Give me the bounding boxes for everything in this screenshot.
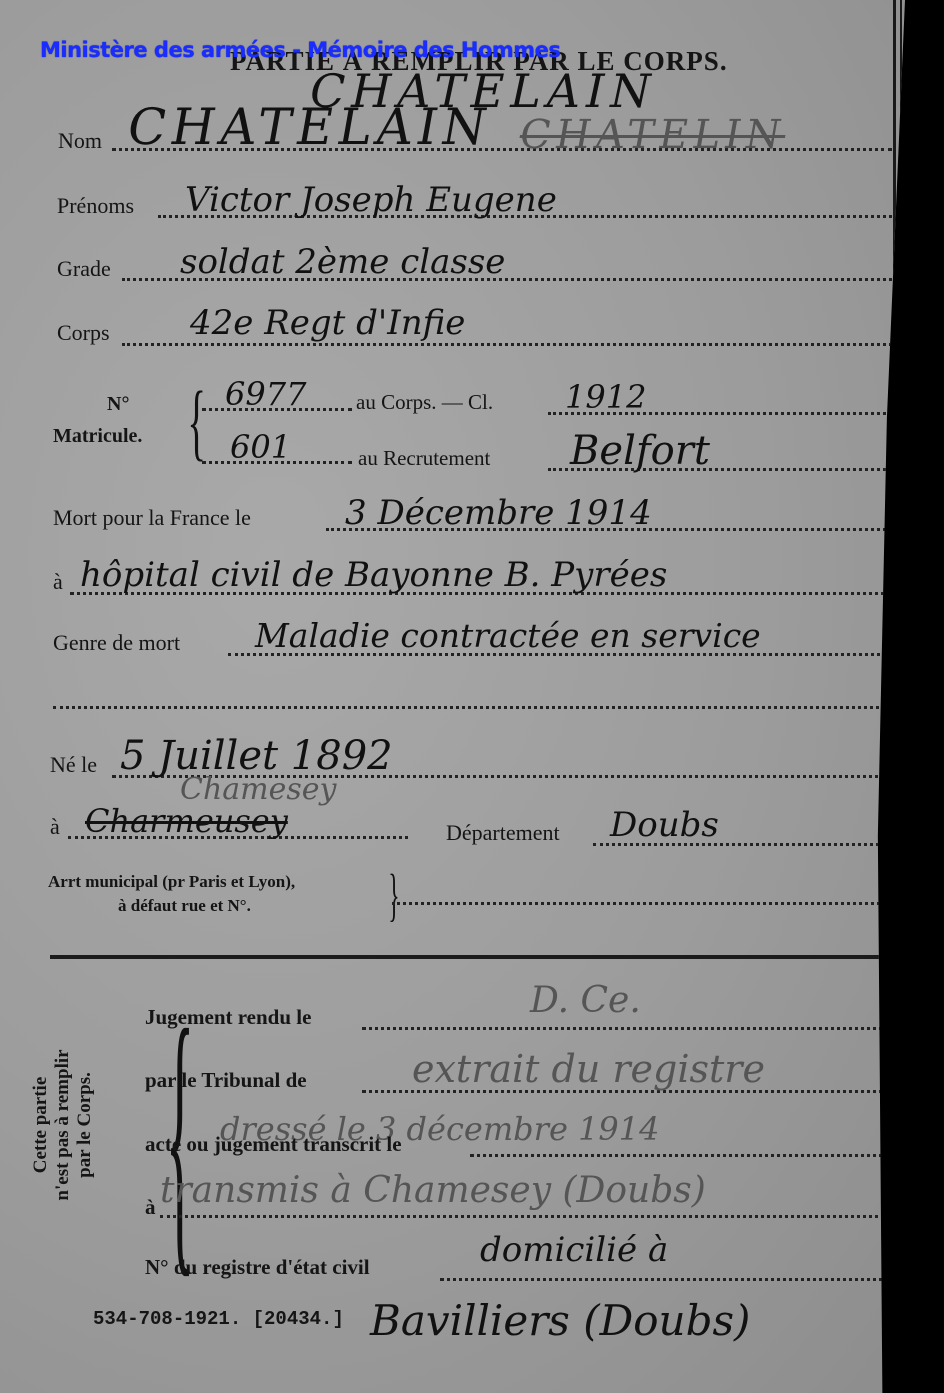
mort-label: Mort pour la France le: [53, 505, 251, 531]
nom-struck: CHATELIN: [516, 112, 790, 158]
side-note-line-1: Cette partie: [30, 1015, 52, 1235]
prenoms-value: Victor Joseph Eugene: [185, 180, 557, 220]
lieu-mort-value: hôpital civil de Bayonne B. Pyrées: [80, 555, 667, 595]
side-note: Cette partie n'est pas à remplir par le …: [30, 1015, 96, 1235]
registre-value: domicilié à: [480, 1230, 668, 1270]
recrutement-place: Belfort: [570, 428, 710, 474]
jugement-rendu-value: D. Ce.: [530, 980, 641, 1021]
grade-label: Grade: [57, 256, 111, 282]
mort-value: 3 Décembre 1914: [345, 493, 652, 533]
genre-mort-label: Genre de mort: [53, 630, 180, 656]
matricule-no-label: N°: [107, 393, 129, 416]
lieu-naissance-value: Charmeusey: [85, 802, 288, 840]
lieu-naissance-correction: Chamesey: [180, 772, 336, 807]
a-line: [160, 1215, 890, 1218]
matricule-recrutement-label: au Recrutement: [358, 446, 490, 471]
arr-municipal-label: Arrt municipal (pr Paris et Lyon),: [48, 872, 295, 892]
matricule-brace: {: [187, 378, 206, 464]
arr-brace: }: [388, 866, 399, 924]
corps-line: [122, 343, 892, 346]
a-value: transmis à Chamesey (Doubs): [160, 1170, 706, 1211]
registre-line: [440, 1278, 890, 1281]
jugement-rendu-line: [362, 1027, 890, 1030]
corps-label: Corps: [57, 320, 110, 346]
section-divider: [50, 955, 892, 959]
nom-value: CHATELAIN: [123, 98, 496, 156]
footer-hand-note: Bavilliers (Doubs): [370, 1296, 750, 1345]
ne-le-label: Né le: [50, 752, 97, 778]
departement-value: Doubs: [610, 805, 719, 845]
lieu-mort-label: à: [53, 569, 63, 595]
nom-label: Nom: [58, 128, 102, 154]
transcrit-line: [470, 1154, 890, 1157]
arr-municipal-line: [392, 902, 892, 905]
arr-municipal-label-2: à défaut rue et N°.: [118, 896, 251, 916]
genre-mort-value: Maladie contractée en service: [255, 616, 761, 655]
watermark: Ministère des armées - Mémoire des Homme…: [40, 38, 560, 62]
side-note-line-3: par le Corps.: [74, 1015, 96, 1235]
prenoms-label: Prénoms: [57, 193, 134, 219]
print-reference: 534-708-1921. [20434.]: [93, 1308, 344, 1330]
departement-label: Département: [446, 820, 560, 846]
fiche-card: PARTIE À REMPLIR PAR LE CORPS. CHATELAIN…: [0, 0, 905, 1393]
lieu-naissance-label: à: [50, 814, 60, 840]
border-line: [900, 0, 902, 1393]
tribunal-label: par le Tribunal de: [145, 1068, 307, 1093]
border-line: [893, 0, 896, 1393]
matricule-recrutement-value: 601: [230, 428, 291, 466]
side-note-line-2: n'est pas à remplir: [52, 1015, 74, 1235]
classe-value: 1912: [565, 378, 646, 416]
blank-line: [53, 706, 892, 709]
matricule-label: Matricule.: [53, 425, 142, 448]
tribunal-value: extrait du registre: [412, 1047, 765, 1091]
a-label: à: [145, 1195, 156, 1220]
corps-value: 42e Regt d'Infie: [190, 303, 465, 343]
registre-label: N° du registre d'état civil: [145, 1255, 370, 1280]
matricule-corps-label: au Corps. — Cl.: [356, 390, 493, 415]
matricule-corps-value: 6977: [225, 375, 306, 413]
transcrit-label: acte ou jugement transcrit le: [145, 1132, 402, 1157]
jugement-rendu-label: Jugement rendu le: [145, 1005, 311, 1030]
grade-value: soldat 2ème classe: [180, 242, 505, 282]
